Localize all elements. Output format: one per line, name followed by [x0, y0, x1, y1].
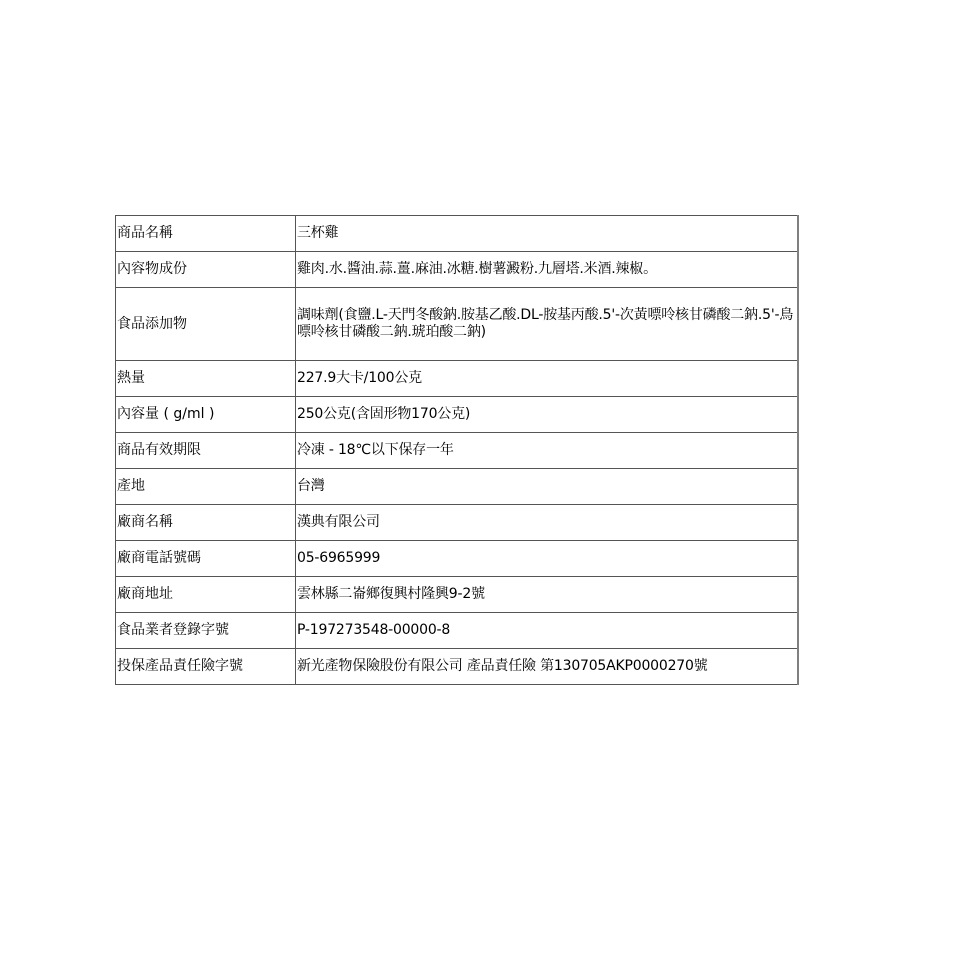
row-value: 漢典有限公司	[296, 505, 798, 541]
table-row-calories: 熱量 227.9大卡/100公克	[116, 361, 798, 397]
row-value: 新光產物保險股份有限公司 產品責任險 第130705AKP0000270號	[296, 649, 798, 685]
row-label: 廠商名稱	[116, 505, 296, 541]
row-label: 廠商地址	[116, 577, 296, 613]
table-row-insurance: 投保產品責任險字號 新光產物保險股份有限公司 產品責任險 第130705AKP0…	[116, 649, 798, 685]
table-row-origin: 產地 台灣	[116, 469, 798, 505]
table-row-registration-number: 食品業者登錄字號 P-197273548-00000-8	[116, 613, 798, 649]
row-label: 商品名稱	[116, 216, 296, 252]
row-value: P-197273548-00000-8	[296, 613, 798, 649]
row-label: 熱量	[116, 361, 296, 397]
table-row-additives: 食品添加物 調味劑(食鹽.L-天門冬酸鈉.胺基乙酸.DL-胺基丙酸.5'-次黃嘌…	[116, 288, 798, 361]
row-value: 227.9大卡/100公克	[296, 361, 798, 397]
table-row-address: 廠商地址 雲林縣二崙鄉復興村隆興9-2號	[116, 577, 798, 613]
row-label: 食品業者登錄字號	[116, 613, 296, 649]
table-row-shelf-life: 商品有效期限 冷凍 - 18℃以下保存一年	[116, 433, 798, 469]
row-label: 廠商電話號碼	[116, 541, 296, 577]
row-value: 台灣	[296, 469, 798, 505]
product-spec-table: 商品名稱 三杯雞 內容物成份 雞肉.水.醬油.蒜.薑.麻油.冰糖.樹薯澱粉.九層…	[115, 215, 799, 685]
row-label: 投保產品責任險字號	[116, 649, 296, 685]
row-label: 食品添加物	[116, 288, 296, 361]
row-value: 05-6965999	[296, 541, 798, 577]
table-row-ingredients: 內容物成份 雞肉.水.醬油.蒜.薑.麻油.冰糖.樹薯澱粉.九層塔.米酒.辣椒。	[116, 252, 798, 288]
row-label: 內容量 ( g/ml )	[116, 397, 296, 433]
table-row-phone: 廠商電話號碼 05-6965999	[116, 541, 798, 577]
row-value: 雞肉.水.醬油.蒜.薑.麻油.冰糖.樹薯澱粉.九層塔.米酒.辣椒。	[296, 252, 798, 288]
row-label: 產地	[116, 469, 296, 505]
row-label: 內容物成份	[116, 252, 296, 288]
table-row-net-content: 內容量 ( g/ml ) 250公克(含固形物170公克)	[116, 397, 798, 433]
row-value: 調味劑(食鹽.L-天門冬酸鈉.胺基乙酸.DL-胺基丙酸.5'-次黃嘌呤核甘磷酸二…	[296, 288, 798, 361]
table-row-product-name: 商品名稱 三杯雞	[116, 216, 798, 252]
row-label: 商品有效期限	[116, 433, 296, 469]
row-value: 冷凍 - 18℃以下保存一年	[296, 433, 798, 469]
row-value: 三杯雞	[296, 216, 798, 252]
row-value: 250公克(含固形物170公克)	[296, 397, 798, 433]
row-value: 雲林縣二崙鄉復興村隆興9-2號	[296, 577, 798, 613]
table-row-manufacturer: 廠商名稱 漢典有限公司	[116, 505, 798, 541]
